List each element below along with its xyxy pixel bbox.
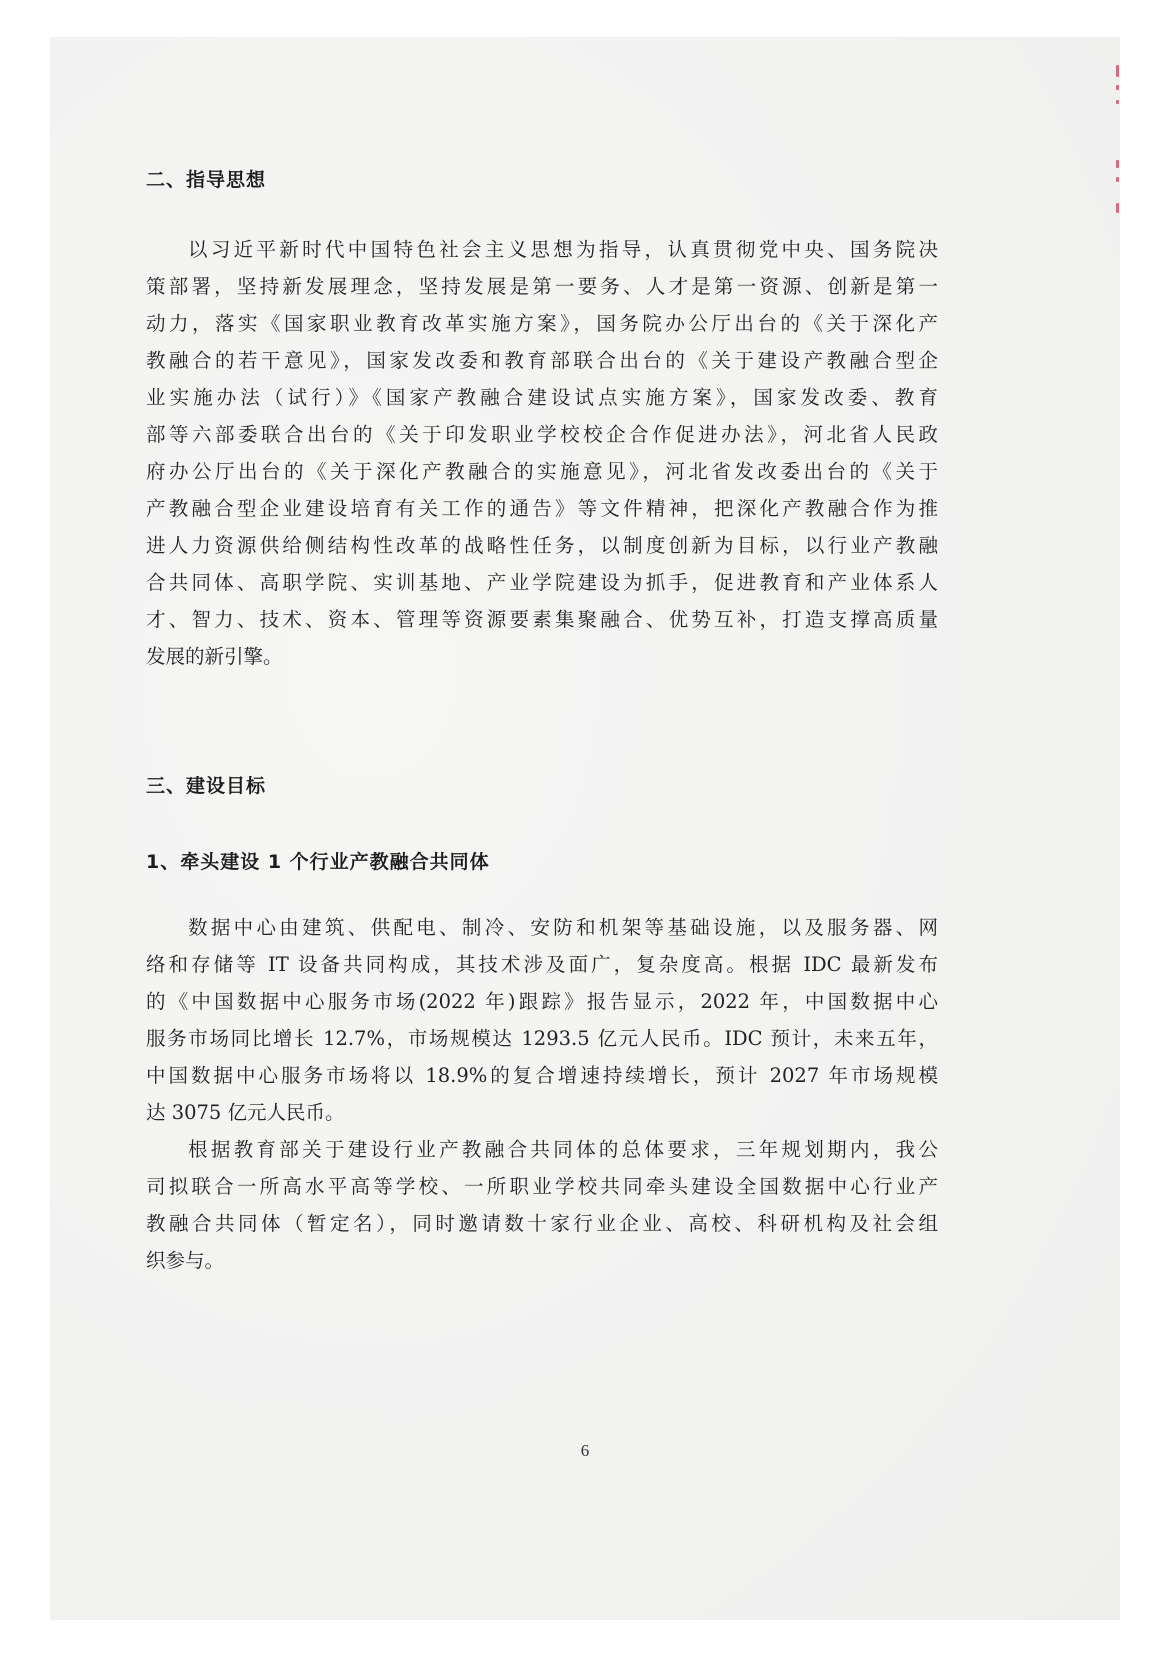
- paragraph-line: 服务市场同比增长 12.7%，市场规模达 1293.5 亿元人民币。IDC 预计…: [146, 1020, 938, 1057]
- page-number: 6: [50, 1441, 1120, 1461]
- paragraph-line: 达 3075 亿元人民币。: [146, 1094, 938, 1131]
- paragraph-line: 进人力资源供给侧结构性改革的战略性任务，以制度创新为目标，以行业产教融: [146, 527, 938, 564]
- seal-mark: [1116, 65, 1119, 77]
- paragraph-line: 数据中心由建筑、供配电、制冷、安防和机架等基础设施，以及服务器、网: [146, 909, 938, 946]
- paragraph-line: 织参与。: [146, 1242, 938, 1279]
- paragraph-line: 发展的新引擎。: [146, 638, 938, 675]
- paragraph-line: 产教融合型企业建设培育有关工作的通告》等文件精神，把深化产教融合作为推: [146, 490, 938, 527]
- seal-mark: [1116, 100, 1119, 104]
- document-page: 二、指导思想 以习近平新时代中国特色社会主义思想为指导，认真贯彻党中央、国务院决…: [50, 37, 1120, 1620]
- paragraph-line: 合共同体、高职学院、实训基地、产业学院建设为抓手，促进教育和产业体系人: [146, 564, 938, 601]
- paragraph-data-center-market: 数据中心由建筑、供配电、制冷、安防和机架等基础设施，以及服务器、网 络和存储等 …: [146, 909, 938, 1131]
- seal-mark: [1116, 177, 1119, 182]
- paragraph-line: 府办公厅出台的《关于深化产教融合的实施意见》，河北省发改委出台的《关于: [146, 453, 938, 490]
- subsection-heading-industry-community: 1、牵头建设 1 个行业产教融合共同体: [146, 847, 490, 874]
- paragraph-line: 中国数据中心服务市场将以 18.9%的复合增速持续增长，预计 2027 年市场规…: [146, 1057, 938, 1094]
- seal-stamp-edge-marks: [1116, 65, 1122, 219]
- paragraph-line: 司拟联合一所高水平高等学校、一所职业学校共同牵头建设全国数据中心行业产: [146, 1168, 938, 1205]
- paragraph-line: 动力，落实《国家职业教育改革实施方案》，国务院办公厅出台的《关于深化产: [146, 305, 938, 342]
- section-heading-construction-goals: 三、建设目标: [146, 771, 266, 798]
- paragraph-line: 以习近平新时代中国特色社会主义思想为指导，认真贯彻党中央、国务院决: [146, 231, 938, 268]
- paragraph-line: 部等六部委联合出台的《关于印发职业学校校企合作促进办法》，河北省人民政: [146, 416, 938, 453]
- paragraph-line: 根据教育部关于建设行业产教融合共同体的总体要求，三年规划期内，我公: [146, 1131, 938, 1168]
- paragraph-line: 教融合的若干意见》，国家发改委和教育部联合出台的《关于建设产教融合型企: [146, 342, 938, 379]
- paragraph-line: 才、智力、技术、资本、管理等资源要素集聚融合、优势互补，打造支撑高质量: [146, 601, 938, 638]
- paragraph-line: 的《中国数据中心服务市场(2022 年)跟踪》报告显示，2022 年，中国数据中…: [146, 983, 938, 1020]
- seal-mark: [1116, 160, 1119, 168]
- paragraph-line: 教融合共同体（暂定名），同时邀请数十家行业企业、高校、科研机构及社会组: [146, 1205, 938, 1242]
- paragraph-line: 络和存储等 IT 设备共同构成，其技术涉及面广，复杂度高。根据 IDC 最新发布: [146, 946, 938, 983]
- seal-mark: [1116, 85, 1119, 90]
- paragraph-line: 策部署，坚持新发展理念，坚持发展是第一要务、人才是第一资源、创新是第一: [146, 268, 938, 305]
- paragraph-guiding-ideology: 以习近平新时代中国特色社会主义思想为指导，认真贯彻党中央、国务院决 策部署，坚持…: [146, 231, 938, 675]
- section-heading-guiding-ideology: 二、指导思想: [146, 165, 266, 192]
- seal-mark: [1116, 203, 1119, 213]
- paragraph-line: 业实施办法（试行）》《国家产教融合建设试点实施方案》，国家发改委、教育: [146, 379, 938, 416]
- paragraph-community-plan: 根据教育部关于建设行业产教融合共同体的总体要求，三年规划期内，我公 司拟联合一所…: [146, 1131, 938, 1279]
